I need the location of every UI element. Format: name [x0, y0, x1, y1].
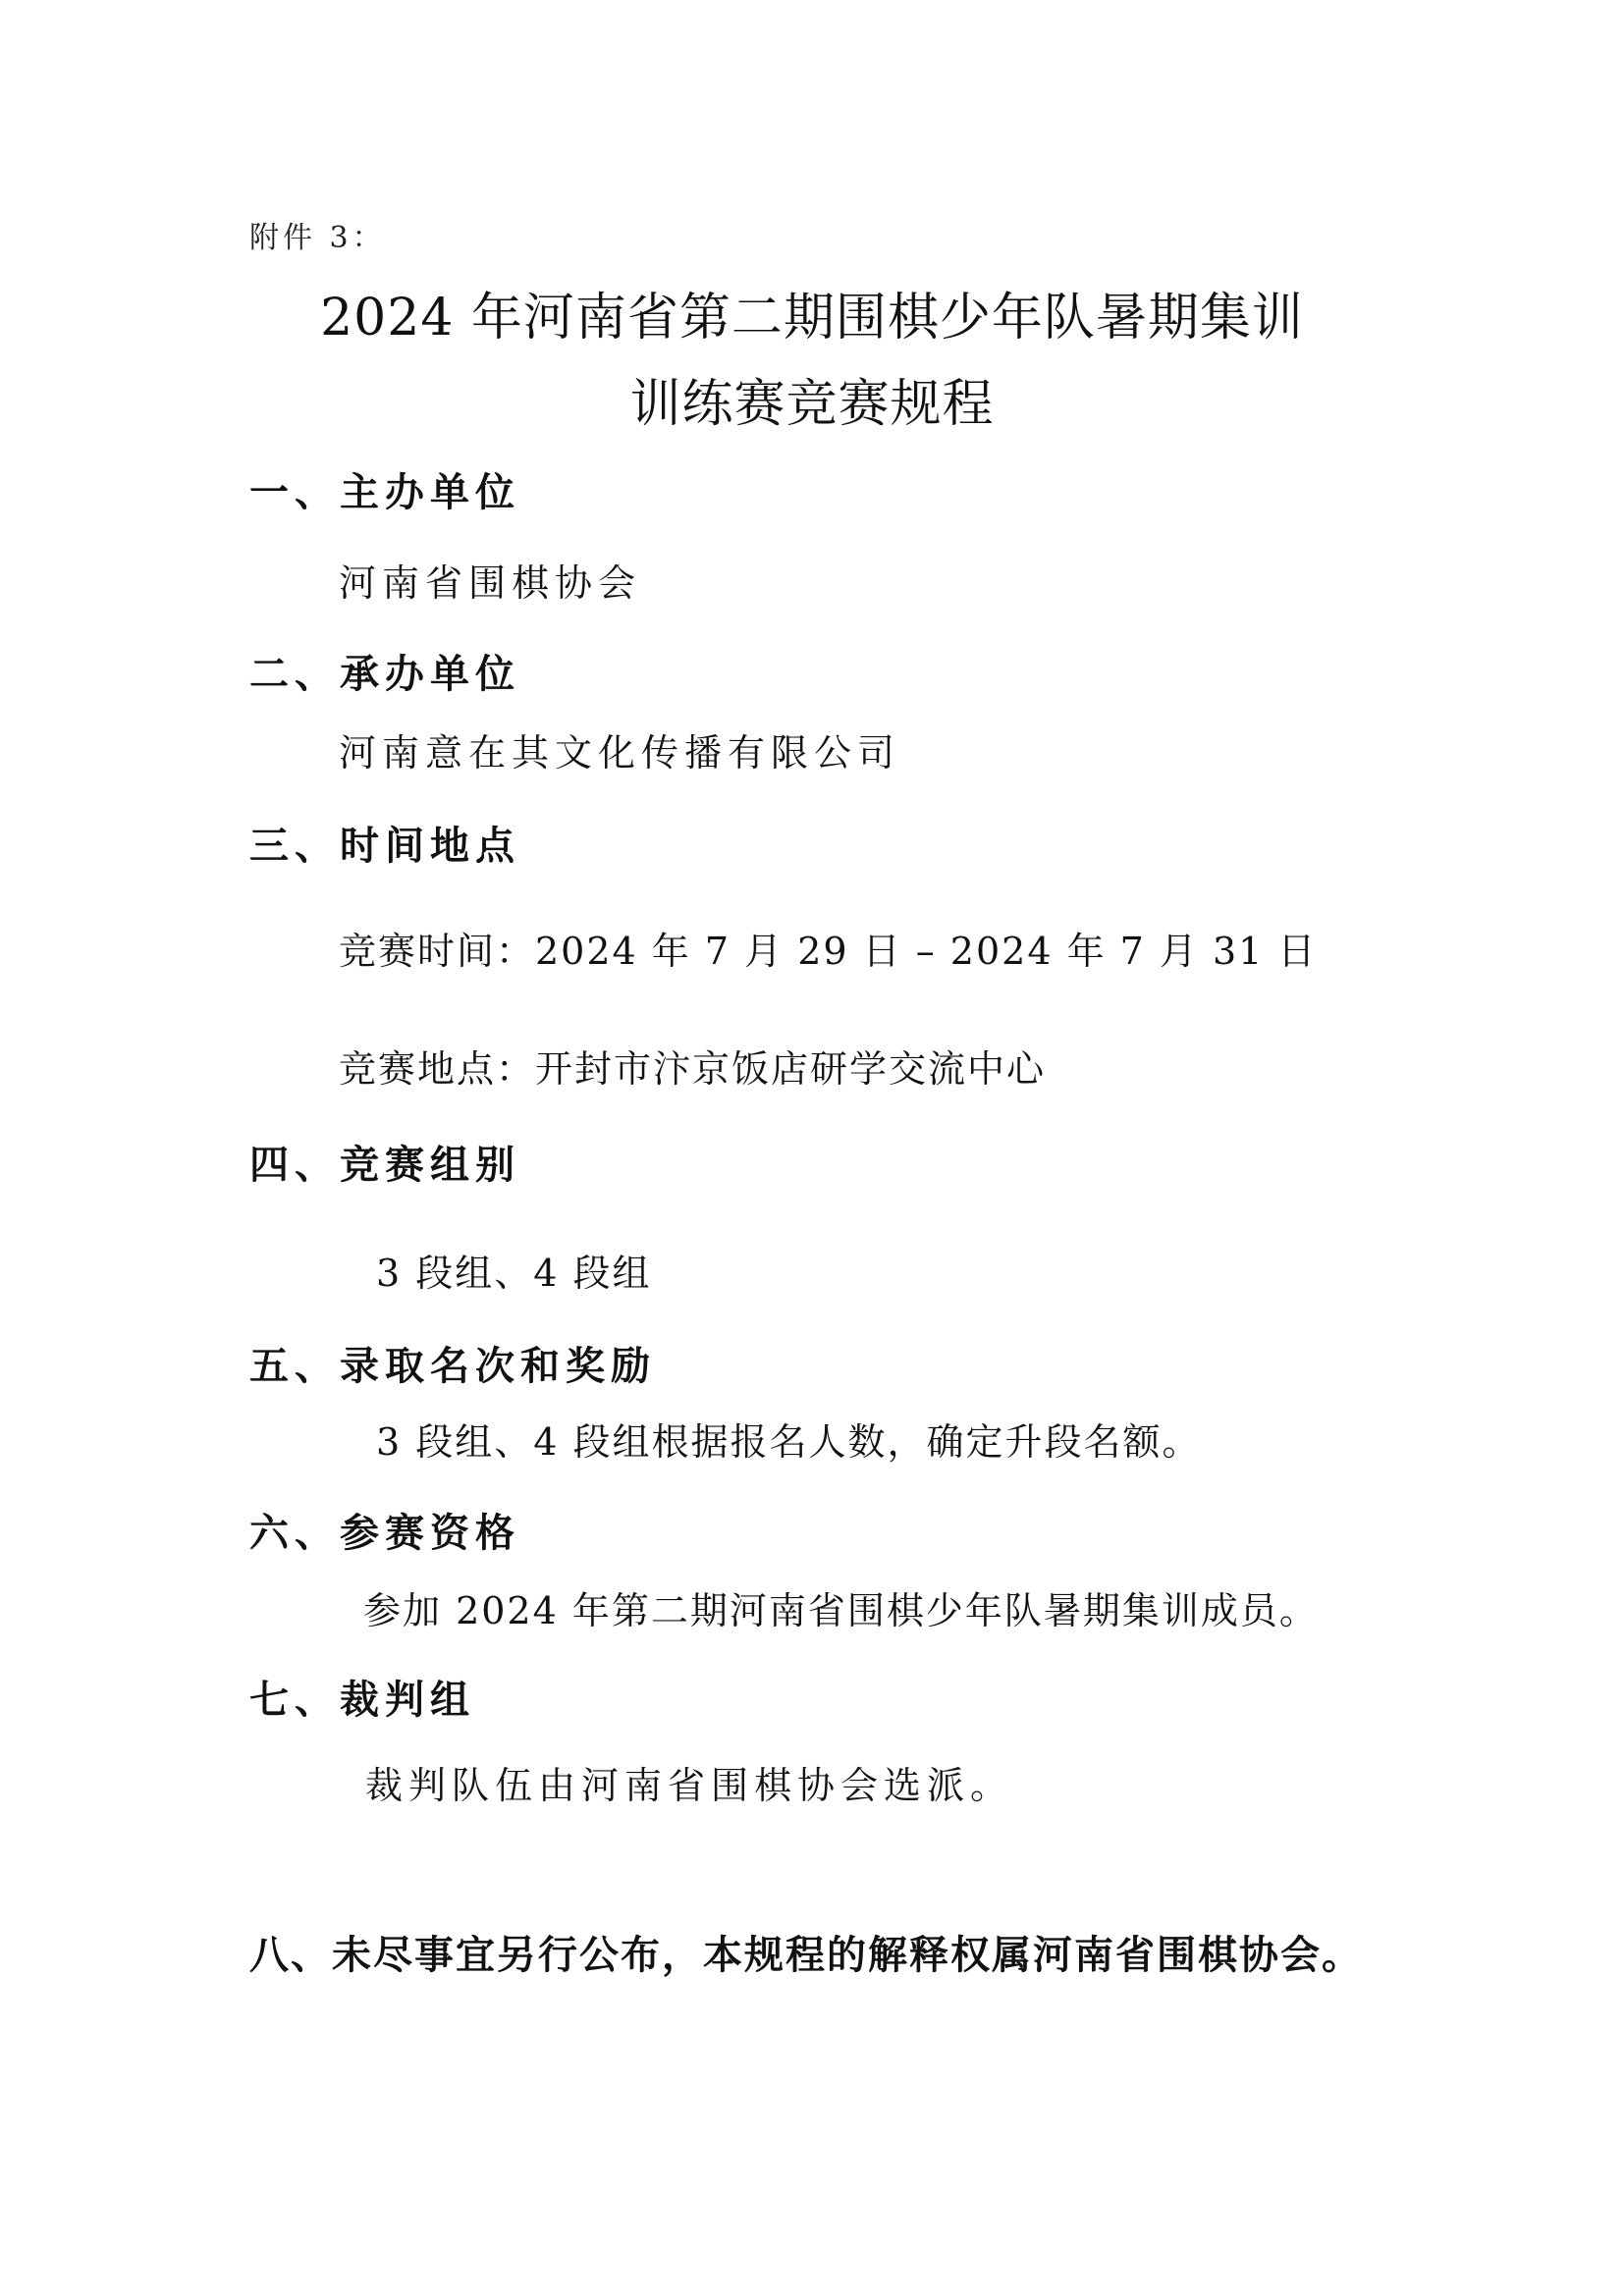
annex-label: 附件 3：: [249, 224, 386, 253]
document-title-line-2: 训练赛竞赛规程: [0, 379, 1624, 430]
section-body-eligibility: 参加 2024 年第二期河南省围棋少年队暑期集训成员。: [363, 1592, 1319, 1629]
section-heading-groups: 四、竞赛组别: [249, 1146, 520, 1185]
section-body-awards: 3 段组、4 段组根据报名人数，确定升段名额。: [376, 1423, 1202, 1461]
section-body-referees: 裁判队伍由河南省围棋协会选派。: [365, 1767, 1013, 1804]
section-heading-eligibility: 六、参赛资格: [249, 1514, 520, 1553]
competition-venue: 竞赛地点：开封市汴京饭店研学交流中心: [339, 1050, 1046, 1088]
section-heading-organizer: 一、主办单位: [249, 473, 520, 512]
closing-statement: 八、未尽事宜另行公布，本规程的解释权属河南省围棋协会。: [249, 1936, 1363, 1975]
competition-time: 竞赛时间：2024 年 7 月 29 日 – 2024 年 7 月 31 日: [339, 933, 1317, 970]
section-body-organizer: 河南省围棋协会: [339, 564, 641, 602]
section-heading-awards: 五、录取名次和奖励: [249, 1347, 656, 1386]
section-body-groups: 3 段组、4 段组: [376, 1255, 652, 1292]
section-heading-host: 二、承办单位: [249, 655, 520, 694]
document-title-line-1: 2024 年河南省第二期围棋少年队暑期集训: [0, 293, 1624, 344]
section-body-host: 河南意在其文化传播有限公司: [339, 734, 900, 772]
section-heading-referees: 七、裁判组: [249, 1681, 475, 1720]
section-heading-time-place: 三、时间地点: [249, 827, 520, 866]
